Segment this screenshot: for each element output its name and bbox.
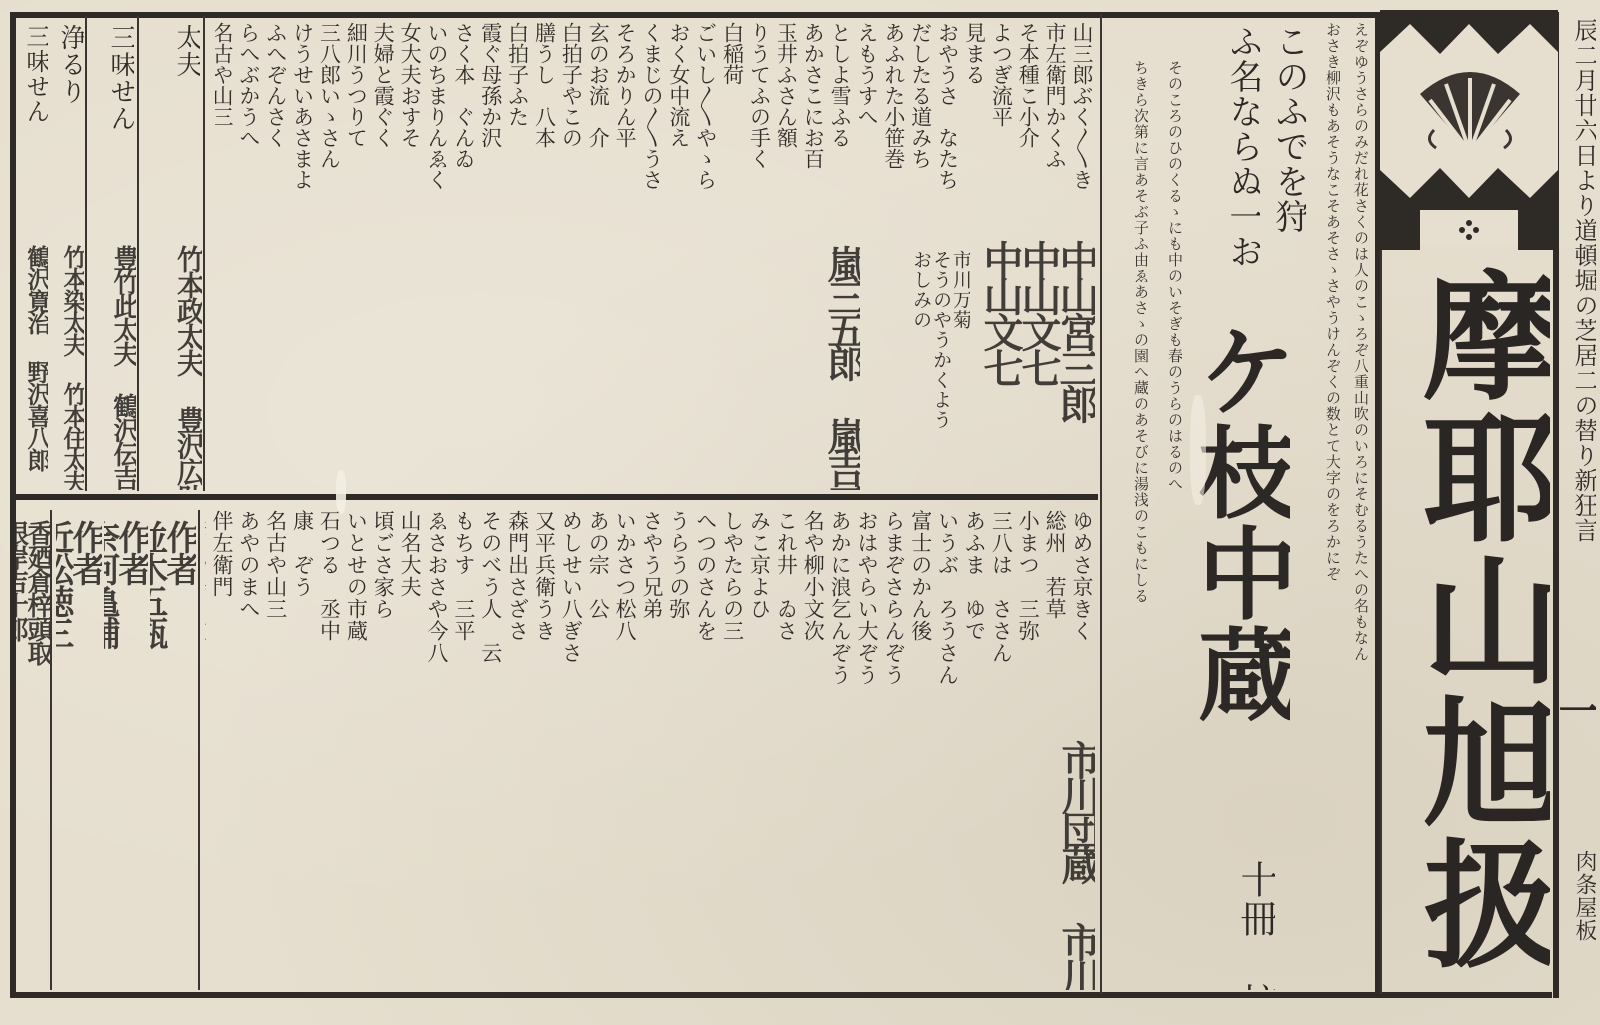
middle-divider	[12, 494, 1098, 500]
intro-text-col-2: おさき柳沢もあそうなこそあそさゝさやうけんぞくの数とて大字のをろかにぞ	[1310, 22, 1340, 982]
author-name: 並木五瓶	[150, 520, 168, 648]
musician-col-1-heading: 太夫	[150, 24, 200, 224]
diamond-crest-icon	[1380, 210, 1558, 250]
author-col-3: 作者 近松徳三	[56, 520, 102, 990]
lower-col-rule-1	[50, 510, 52, 990]
intro-panel-left-rule	[1100, 14, 1102, 994]
fan-crest-icon	[1416, 60, 1524, 160]
intro-text-col-1: えぞゆうさらのみだれ花さくのは人のこゝろぞ八重山吹のいろにそむるうたへの名もなん	[1338, 22, 1368, 982]
paper-wear-mark	[1190, 395, 1206, 505]
author-name: 近松徳三	[56, 520, 74, 648]
author-name: 奈河亀輔	[104, 520, 120, 648]
author-col-2: 作者 奈河亀輔	[104, 520, 148, 990]
musician-col-1-names: 竹本政太夫 豊沢広助	[148, 245, 202, 490]
right-margin-announcement: 辰二月廿六日より道頓堀の芝居二の替り新狂言	[1560, 18, 1596, 618]
page-number: 一	[1560, 690, 1596, 810]
upper-role-kana: 市川万菊 そうのやうかくよう おしみの	[860, 250, 970, 490]
upper-col-rule-3	[203, 16, 205, 491]
intro-text-col-3: そのころのひのくるゝにも中のいそぎも春のうらのはるのへ	[1152, 60, 1182, 990]
lower-col-rule-2	[198, 510, 200, 990]
lower-narrative: ゆめさ京きく 総州 若草 小まつ 三弥 三八は ささん あふま ゆで いうぶ ろ…	[205, 510, 1095, 735]
subtitle-kana-1: このふでを狩	[1262, 24, 1306, 324]
upper-role-columns: 中山宮三郎 中山文七 中山文七	[970, 240, 1095, 490]
bottom-border	[12, 992, 1552, 998]
volume-note: 十冊 校合	[1195, 860, 1275, 990]
intro-text-col-4: ちきら次第に言あそぶ子ふ由ゑあさゝの園へ蔵のあそびに湯浅のこもにしる	[1118, 60, 1148, 990]
paper-wear-mark	[336, 470, 346, 514]
musician-col-2-names: 豊竹此太夫 鶴沢伝吉	[92, 245, 136, 490]
publisher-mark: 肉条屋板	[1560, 850, 1596, 990]
musician-col-3-names: 竹本染太夫 竹本住太夫	[48, 245, 84, 490]
subtitle-kana-2: ふ名ならぬ一お	[1216, 24, 1260, 324]
zigzag-border-top-icon	[1380, 10, 1558, 60]
musician-col-4-heading: 三味せん	[16, 24, 48, 224]
main-title: 摩耶山旭扱	[1390, 265, 1550, 995]
title-cartouche	[1380, 10, 1558, 245]
upper-col-rule-2	[137, 16, 139, 491]
author-col-1: 作者 並木五瓶	[150, 520, 196, 990]
upper-narrative: 山三郎ぶく〱き 市左衛門かくふ そ本種こ小介 よつぎ流平 見まる おやうさ なた…	[215, 22, 1095, 237]
publisher-column: 香廼倉梓頭取 根岸吉十郎	[16, 520, 50, 990]
zigzag-border-bottom-icon	[1380, 160, 1558, 210]
sub-title: ケ枝中蔵	[1190, 320, 1290, 880]
upper-cast-block: 嵐三五郎 嵐吉三郎 嵐三吉 大谷友右衛門 中村歌右衛門 中村十蔵 嵐雛助 嵐七三…	[210, 245, 860, 490]
musician-col-4-names: 鶴沢寛治 野沢喜八郎	[14, 245, 48, 490]
upper-col-rule-1	[85, 16, 87, 491]
publisher-name: 根岸吉十郎	[16, 520, 28, 640]
musician-col-3-heading: 浄るり	[50, 24, 84, 224]
lower-cast-block: 市川団蔵 市川団十郎 市川八百蔵 市川友蔵 浅尾為十郎 浅尾奥山 沢村国太郎 中…	[205, 740, 1095, 990]
musician-col-2-heading: 三味せん	[94, 24, 134, 224]
top-border	[12, 12, 1552, 18]
